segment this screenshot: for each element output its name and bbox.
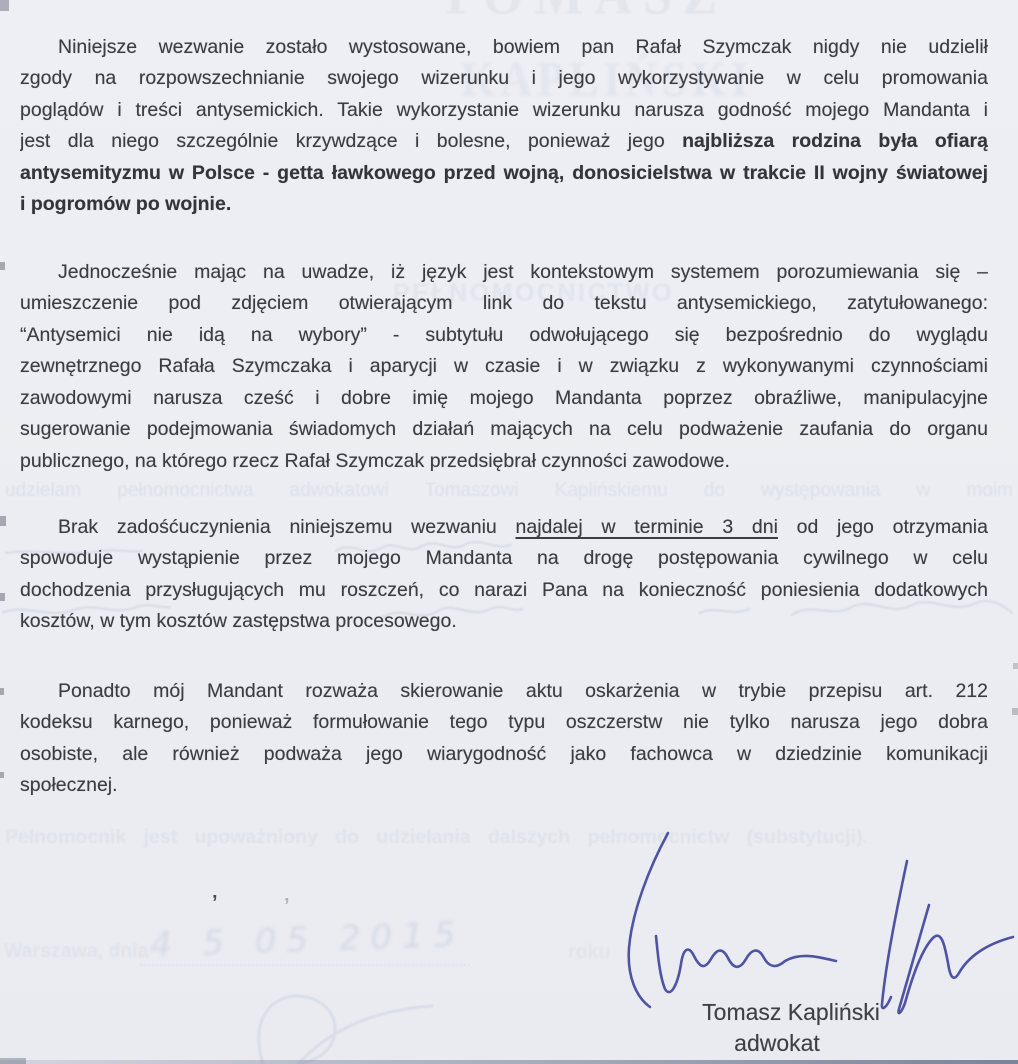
bold-text: najbliższa rodzina była ofiarą: [682, 130, 988, 152]
ghost-substitution-line: Pełnomocnik jest upoważniony do udzielan…: [5, 826, 868, 849]
body-text: zgody na rozpowszechnianie swojego wizer…: [20, 67, 988, 89]
scan-artifact: [0, 688, 4, 695]
body-text: zewnętrznego Rafała Szymczaka i aparycji…: [20, 355, 988, 377]
text-line: Brak zadośćuczynienia niniejszemu wezwan…: [20, 512, 988, 543]
body-text: od jego otrzymania: [778, 516, 988, 538]
ghost-year-label: roku: [568, 941, 610, 964]
text-line: dochodzenia przysługujących mu roszczeń,…: [20, 575, 988, 606]
text-line: Niniejsze wezwanie zostało wystosowane, …: [20, 32, 988, 63]
signatory-name: Tomasz Kapliński: [663, 999, 919, 1026]
scan-artifact-bottom-left: [0, 1058, 26, 1064]
text-line: spowoduje wystąpienie przez mojego Manda…: [20, 543, 988, 574]
text-line: osobiste, ale również podważa jego wiary…: [20, 739, 988, 770]
paragraph: Niniejsze wezwanie zostało wystosowane, …: [20, 32, 988, 221]
text-line: publicznego, na którego rzecz Rafał Szym…: [20, 446, 988, 477]
signatory-title: adwokat: [663, 1030, 891, 1057]
paragraph: Ponadto mój Mandant rozważa skierowanie …: [20, 676, 988, 802]
scan-artifact: [0, 516, 6, 526]
underlined-text: najdalej w terminie 3 dni: [516, 516, 778, 538]
body-text: społecznej.: [20, 774, 118, 796]
text-line: antysemityzmu w Polsce - getta ławkowego…: [20, 158, 988, 189]
body-text: “Antysemici nie idą na wybory” - subtytu…: [20, 324, 988, 346]
body-text: jest dla niego szczególnie krzywdzące i …: [20, 130, 682, 152]
body-text: Ponadto mój Mandant rozważa skierowanie …: [58, 680, 988, 702]
body-text: osobiste, ale również podważa jego wiary…: [20, 743, 988, 765]
text-line: zawodowymi narusza cześć i dobre imię mo…: [20, 383, 988, 414]
body-text: kodeksu karnego, ponieważ formułowanie t…: [20, 711, 988, 733]
body-text: Jednocześnie mając na uwadze, iż język j…: [58, 261, 988, 283]
text-line: zgody na rozpowszechnianie swojego wizer…: [20, 63, 988, 94]
scan-artifact: [0, 593, 5, 601]
text-line: zewnętrznego Rafała Szymczaka i aparycji…: [20, 351, 988, 382]
text-line: społecznej.: [20, 770, 988, 801]
paragraph: Jednocześnie mając na uwadze, iż język j…: [20, 257, 988, 477]
bold-text: i pogromów po wojnie.: [20, 193, 231, 215]
bold-text: antysemityzmu w Polsce - getta ławkowego…: [20, 162, 988, 184]
body-text: dochodzenia przysługujących mu roszczeń,…: [20, 579, 988, 601]
scan-artifact: [0, 262, 5, 270]
text-line: jest dla niego szczególnie krzywdzące i …: [20, 126, 988, 157]
text-line: kodeksu karnego, ponieważ formułowanie t…: [20, 707, 988, 738]
text-line: Jednocześnie mając na uwadze, iż język j…: [20, 257, 988, 288]
body-text: zawodowymi narusza cześć i dobre imię mo…: [20, 387, 988, 409]
body-text: publicznego, na którego rzecz Rafał Szym…: [20, 450, 730, 472]
scan-artifact: [1012, 708, 1018, 715]
scan-edge-shadow: [0, 1060, 1018, 1064]
ghost-dotted-line: [140, 944, 470, 966]
text-line: sugerowanie podejmowania świadomych dzia…: [20, 414, 988, 445]
text-line: Ponadto mój Mandant rozważa skierowanie …: [20, 676, 988, 707]
paragraph: Brak zadośćuczynienia niniejszemu wezwan…: [20, 512, 988, 638]
scan-artifact: [1013, 663, 1018, 669]
text-line: “Antysemici nie idą na wybory” - subtytu…: [20, 320, 988, 351]
text-line: poglądów i treści antysemickich. Takie w…: [20, 95, 988, 126]
stray-ink-mark-faint: ’: [284, 895, 290, 918]
text-line: kosztów, w tym kosztów zastępstwa proces…: [20, 606, 988, 637]
body-text: kosztów, w tym kosztów zastępstwa proces…: [20, 610, 457, 632]
body-text: poglądów i treści antysemickich. Takie w…: [20, 99, 988, 121]
ghost-body-line: udzielam pełnomocnictwa adwokatowi Tomas…: [5, 480, 1013, 502]
scan-artifact-corner: [0, 0, 9, 11]
body-text: Niniejsze wezwanie zostało wystosowane, …: [58, 36, 988, 58]
body-text: Brak zadośćuczynienia niniejszemu wezwan…: [58, 516, 516, 538]
body-text: sugerowanie podejmowania świadomych dzia…: [20, 418, 988, 440]
stray-ink-mark: ’: [212, 892, 218, 915]
text-line: umieszczenie pod zdjęciem otwierającym l…: [20, 288, 988, 319]
scanned-document-page: TOMASZ KAPLIŃSKI PEŁNOMOCNICTWO udzielam…: [0, 0, 1018, 1064]
body-text: umieszczenie pod zdjęciem otwierającym l…: [20, 292, 988, 314]
ghost-letterhead-line1: TOMASZ: [438, 0, 728, 27]
ghost-place-label: Warszawa, dnia: [4, 940, 149, 963]
scan-artifact: [0, 772, 4, 778]
text-line: i pogromów po wojnie.: [20, 189, 988, 220]
body-text: spowoduje wystąpienie przez mojego Manda…: [20, 547, 988, 569]
